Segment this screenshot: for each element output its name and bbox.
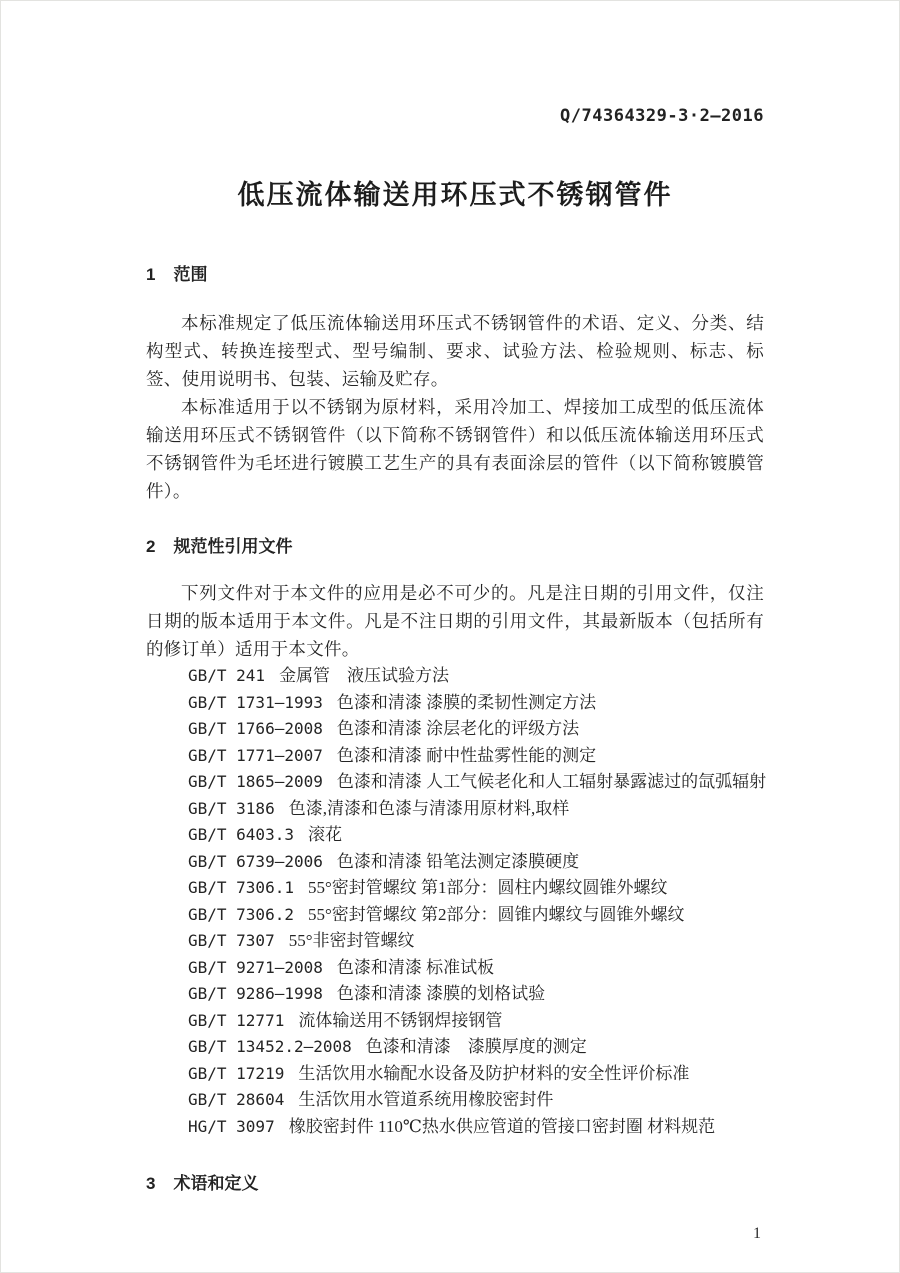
reference-item: GB/T 9286—1998色漆和清漆 漆膜的划格试验	[188, 981, 764, 1008]
reference-code: GB/T 17219	[188, 1064, 284, 1083]
reference-code: GB/T 1731—1993	[188, 693, 323, 712]
reference-title: 色漆和清漆 漆膜的划格试验	[337, 984, 545, 1003]
document-page: Q/74364329-3·2—2016 低压流体输送用环压式不锈钢管件 1范围 …	[0, 0, 900, 1273]
standard-number: Q/74364329-3·2—2016	[146, 107, 764, 125]
reference-item: GB/T 1731—1993色漆和清漆 漆膜的柔韧性测定方法	[188, 690, 764, 717]
reference-title: 生活饮用水管道系统用橡胶密封件	[298, 1090, 553, 1109]
reference-item: HG/T 3097橡胶密封件 110℃热水供应管道的管接口密封圈 材料规范	[188, 1114, 764, 1141]
reference-item: GB/T 6403.3滚花	[188, 822, 764, 849]
paragraph: 下列文件对于本文件的应用是必不可少的。凡是注日期的引用文件，仅注日期的版本适用于…	[146, 579, 764, 663]
section-1-heading: 1范围	[146, 263, 764, 287]
reference-item: GB/T 1771—2007色漆和清漆 耐中性盐雾性能的测定	[188, 743, 764, 770]
section-title: 规范性引用文件	[173, 537, 292, 556]
reference-item: GB/T 730755°非密封管螺纹	[188, 928, 764, 955]
reference-title: 色漆和清漆 标准试板	[337, 958, 494, 977]
reference-code: GB/T 6739—2006	[188, 852, 323, 871]
document-title: 低压流体输送用环压式不锈钢管件	[146, 177, 764, 213]
reference-code: GB/T 9286—1998	[188, 984, 323, 1003]
reference-title: 滚花	[308, 825, 342, 844]
section-number: 3	[146, 1174, 155, 1193]
reference-item: GB/T 28604生活饮用水管道系统用橡胶密封件	[188, 1087, 764, 1114]
paragraph: 本标准规定了低压流体输送用环压式不锈钢管件的术语、定义、分类、结构型式、转换连接…	[146, 309, 764, 393]
reference-title: 色漆和清漆 漆膜厚度的测定	[366, 1037, 587, 1056]
reference-code: GB/T 7306.2	[188, 905, 294, 924]
reference-code: GB/T 12771	[188, 1011, 284, 1030]
reference-title: 生活饮用水输配水设备及防护材料的安全性评价标准	[298, 1064, 689, 1083]
reference-item: GB/T 1865—2009色漆和清漆 人工气候老化和人工辐射暴露滤过的氙弧辐射	[188, 769, 764, 796]
reference-title: 色漆和清漆 涂层老化的评级方法	[337, 719, 579, 738]
reference-item: GB/T 9271—2008色漆和清漆 标准试板	[188, 955, 764, 982]
page-number: 1	[146, 1224, 764, 1244]
reference-code: GB/T 241	[188, 666, 265, 685]
reference-title: 色漆和清漆 漆膜的柔韧性测定方法	[337, 693, 596, 712]
reference-title: 色漆和清漆 耐中性盐雾性能的测定	[337, 746, 596, 765]
reference-item: GB/T 12771流体输送用不锈钢焊接钢管	[188, 1008, 764, 1035]
reference-item: GB/T 17219生活饮用水输配水设备及防护材料的安全性评价标准	[188, 1061, 764, 1088]
reference-title: 橡胶密封件 110℃热水供应管道的管接口密封圈 材料规范	[289, 1117, 715, 1136]
reference-code: GB/T 1771—2007	[188, 746, 323, 765]
reference-item: GB/T 3186色漆,清漆和色漆与清漆用原材料,取样	[188, 796, 764, 823]
section-title: 术语和定义	[173, 1174, 258, 1193]
reference-title: 色漆和清漆 人工气候老化和人工辐射暴露滤过的氙弧辐射	[337, 772, 766, 791]
reference-item: GB/T 13452.2—2008色漆和清漆 漆膜厚度的测定	[188, 1034, 764, 1061]
reference-code: GB/T 7307	[188, 931, 275, 950]
section-number: 2	[146, 537, 155, 556]
reference-code: GB/T 1865—2009	[188, 772, 323, 791]
reference-title: 流体输送用不锈钢焊接钢管	[298, 1011, 502, 1030]
section-2-heading: 2规范性引用文件	[146, 535, 764, 559]
reference-item: GB/T 7306.155°密封管螺纹 第1部分：圆柱内螺纹圆锥外螺纹	[188, 875, 764, 902]
section-number: 1	[146, 265, 155, 284]
reference-code: GB/T 13452.2—2008	[188, 1037, 352, 1056]
reference-code: GB/T 1766—2008	[188, 719, 323, 738]
reference-code: GB/T 9271—2008	[188, 958, 323, 977]
reference-code: GB/T 3186	[188, 799, 275, 818]
reference-item: GB/T 241金属管 液压试验方法	[188, 663, 764, 690]
reference-code: GB/T 28604	[188, 1090, 284, 1109]
paragraph: 本标准适用于以不锈钢为原材料，采用冷加工、焊接加工成型的低压流体输送用环压式不锈…	[146, 393, 764, 505]
reference-title: 55°非密封管螺纹	[289, 931, 415, 950]
reference-title: 55°密封管螺纹 第2部分：圆锥内螺纹与圆锥外螺纹	[308, 905, 685, 924]
reference-item: GB/T 7306.255°密封管螺纹 第2部分：圆锥内螺纹与圆锥外螺纹	[188, 902, 764, 929]
reference-item: GB/T 6739—2006色漆和清漆 铅笔法测定漆膜硬度	[188, 849, 764, 876]
reference-title: 色漆,清漆和色漆与清漆用原材料,取样	[289, 799, 570, 818]
reference-code: HG/T 3097	[188, 1117, 275, 1136]
reference-list: GB/T 241金属管 液压试验方法 GB/T 1731—1993色漆和清漆 漆…	[146, 663, 764, 1140]
reference-title: 金属管 液压试验方法	[279, 666, 449, 685]
reference-code: GB/T 6403.3	[188, 825, 294, 844]
reference-code: GB/T 7306.1	[188, 878, 294, 897]
section-title: 范围	[173, 265, 207, 284]
section-3-heading: 3术语和定义	[146, 1172, 764, 1196]
reference-item: GB/T 1766—2008色漆和清漆 涂层老化的评级方法	[188, 716, 764, 743]
reference-title: 色漆和清漆 铅笔法测定漆膜硬度	[337, 852, 579, 871]
reference-title: 55°密封管螺纹 第1部分：圆柱内螺纹圆锥外螺纹	[308, 878, 668, 897]
